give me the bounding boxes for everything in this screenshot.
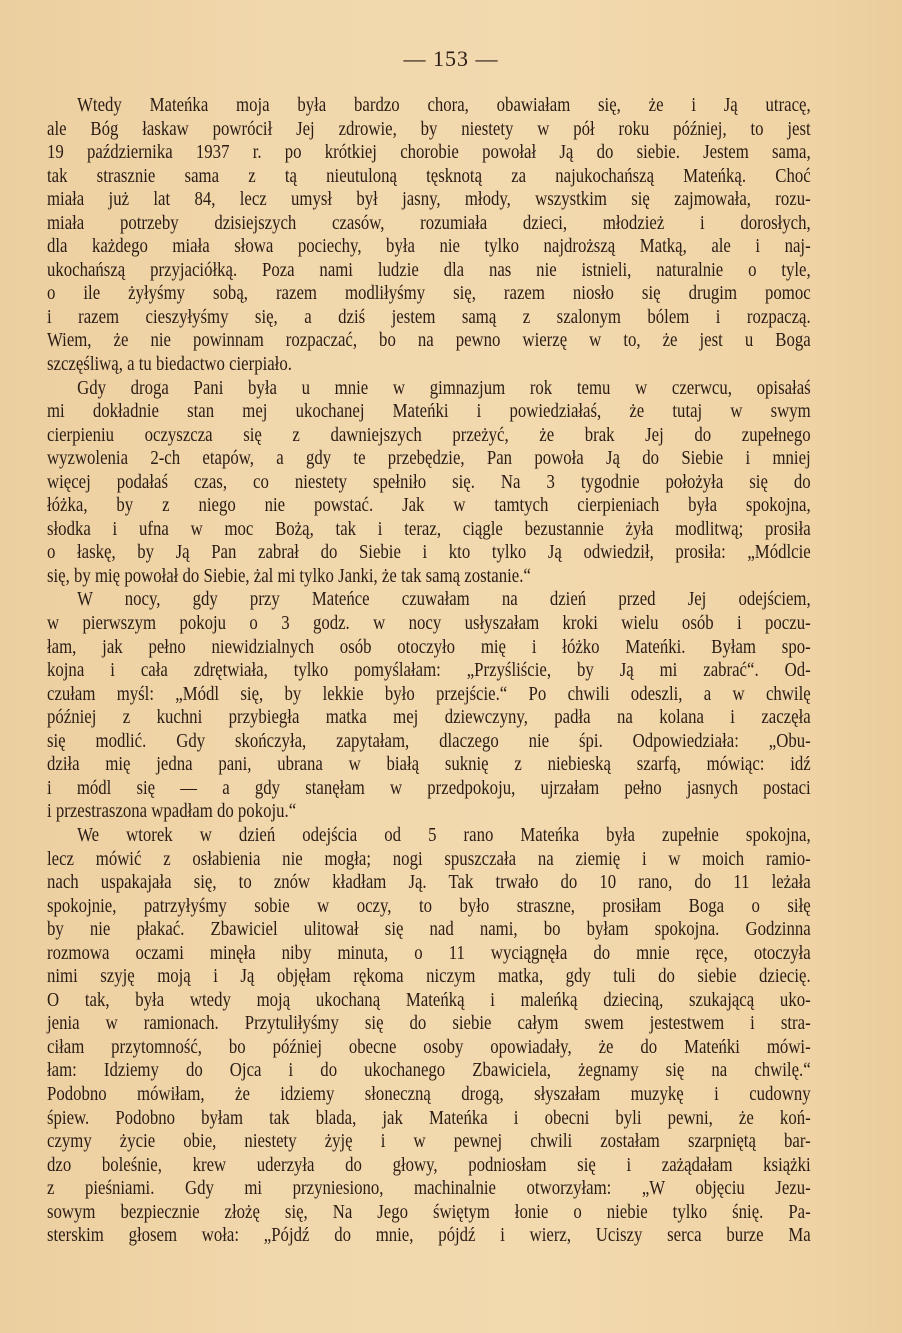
- text-line: nach uspakajała się, to znów kładłam Ją.…: [47, 871, 811, 895]
- text-line: z pieśniami. Gdy mi przyniesiono, machin…: [47, 1177, 811, 1201]
- text-line: czymy życie obie, niestety żyję i w pewn…: [47, 1130, 811, 1154]
- paragraph-first-line: We wtorek w dzień odejścia od 5 rano Mat…: [47, 824, 811, 848]
- text-line: miała już lat 84, lecz umysł był jasny, …: [47, 188, 811, 212]
- text-line: nimi szyję moją i Ją objęłam rękoma nicz…: [47, 965, 811, 989]
- page-number: — 153 —: [0, 46, 902, 72]
- paragraph-first-line: Gdy droga Pani była u mnie w gimnazjum r…: [47, 377, 811, 401]
- text-line: o ile żyłyśmy sobą, razem modliłyśmy się…: [47, 282, 811, 306]
- text-line: czułam myśl: „Módl się, by lekkie było p…: [47, 683, 811, 707]
- text-line: by nie płakać. Zbawiciel ulitował się na…: [47, 918, 811, 942]
- text-line: O tak, była wtedy moją ukochaną Mateńką …: [47, 989, 811, 1013]
- text-line: wyzwolenia 2-ch etapów, a gdy te przebęd…: [47, 447, 811, 471]
- text-line: ciłam przytomność, bo później obecne oso…: [47, 1036, 811, 1060]
- body-text: Wtedy Mateńka moja była bardzo chora, ob…: [47, 94, 811, 1248]
- text-line: Wiem, że nie powinnam rozpaczać, bo na p…: [47, 329, 811, 353]
- text-line: miała potrzeby dzisiejszych czasów, rozu…: [47, 212, 811, 236]
- text-line: i razem cieszyłyśmy się, a dziś jestem s…: [47, 306, 811, 330]
- text-line: dziła mię jedna pani, ubrana w białą suk…: [47, 753, 811, 777]
- text-line: łam, jak pełno niewidzialnych osób otocz…: [47, 636, 811, 660]
- text-line: dzo boleśnie, krew uderzyła do głowy, po…: [47, 1154, 811, 1178]
- text-line: sterskim głosem woła: „Pójdź do mnie, pó…: [47, 1224, 811, 1248]
- text-line: rozmowa oczami minęła niby minuta, o 11 …: [47, 942, 811, 966]
- text-line: łam: Idziemy do Ojca i do ukochanego Zba…: [47, 1059, 811, 1083]
- text-line: o łaskę, by Ją Pan zabrał do Siebie i kt…: [47, 541, 811, 565]
- text-line: śpiew. Podobno byłam tak blada, jak Mate…: [47, 1107, 811, 1131]
- text-line: spokojnie, patrzyłyśmy sobie w oczy, to …: [47, 895, 811, 919]
- paragraph-first-line: W nocy, gdy przy Mateńce czuwałam na dzi…: [47, 588, 811, 612]
- text-line: i módl się — a gdy stanęłam w przedpokoj…: [47, 777, 811, 801]
- text-line: w pierwszym pokoju o 3 godz. w nocy usły…: [47, 612, 811, 636]
- text-line: słodka i ufna w moc Bożą, tak i teraz, c…: [47, 518, 811, 542]
- text-line: więcej podałaś czas, co niestety spełnił…: [47, 471, 811, 495]
- text-line: i przestraszona wpadłam do pokoju.“: [47, 800, 811, 824]
- text-line: sowym bezpiecznie złożę się, Na Jego świ…: [47, 1201, 811, 1225]
- paragraph-first-line: Wtedy Mateńka moja była bardzo chora, ob…: [47, 94, 811, 118]
- text-line: Podobno mówiłam, że idziemy słoneczną dr…: [47, 1083, 811, 1107]
- text-line: dla każdego miała słowa pociechy, była n…: [47, 235, 811, 259]
- text-line: 19 października 1937 r. po krótkiej chor…: [47, 141, 811, 165]
- text-line: mi dokładnie stan mej ukochanej Mateńki …: [47, 400, 811, 424]
- text-line: tak strasznie sama z tą nieutuloną tęskn…: [47, 165, 811, 189]
- text-line: się, by mię powołał do Siebie, żal mi ty…: [47, 565, 811, 589]
- text-line: cierpieniu oczyszcza się z dawniejszych …: [47, 424, 811, 448]
- text-line: ale Bóg łaskaw powrócił Jej zdrowie, by …: [47, 118, 811, 142]
- text-line: lecz mówić z osłabienia nie mogła; nogi …: [47, 848, 811, 872]
- text-line: jenia w ramionach. Przytuliłyśmy się do …: [47, 1012, 811, 1036]
- book-page: — 153 — Wtedy Mateńka moja była bardzo c…: [0, 0, 902, 1333]
- text-line: się modlić. Gdy skończyła, zapytałam, dl…: [47, 730, 811, 754]
- text-line: później z kuchni przybiegła matka mej dz…: [47, 706, 811, 730]
- text-line: kojna i cała zdrętwiała, tylko pomyślała…: [47, 659, 811, 683]
- text-line: łóżka, by z niego nie powstać. Jak w tam…: [47, 494, 811, 518]
- text-line: szczęśliwą, a tu biedactwo cierpiało.: [47, 353, 811, 377]
- text-line: ukochańszą przyjaciółką. Poza nami ludzi…: [47, 259, 811, 283]
